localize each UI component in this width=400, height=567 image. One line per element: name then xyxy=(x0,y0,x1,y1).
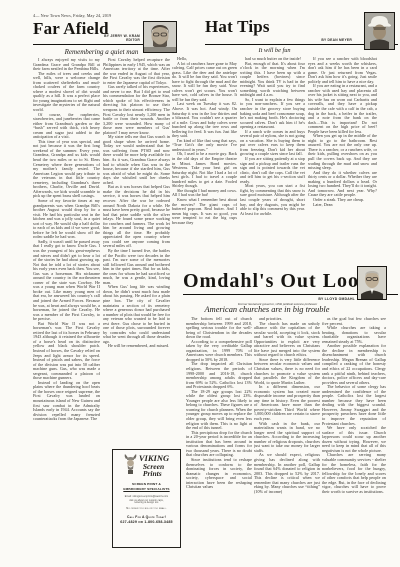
paragraph: He will be remembered, and missed. xyxy=(103,344,170,349)
hat-tips-column-1: Hello,A lot of ranchers have gone to May… xyxy=(172,57,237,279)
paragraph: When Gus' long life was winding down, he… xyxy=(103,285,170,344)
paragraph: When you get up in the middle of the nig… xyxy=(308,134,377,170)
paragraph: The bottom fell out of church membership… xyxy=(186,317,252,340)
paragraph: Sadly, it wasn't until he passed away th… xyxy=(33,240,100,322)
paragraph: The drop impacted all Christian religion… xyxy=(186,362,252,389)
paragraph: The miles of trees and creeks and well, … xyxy=(33,72,100,113)
hat-tips-column-2: had so much butter on the inside!But, en… xyxy=(240,57,305,279)
paragraph: Instead of landing on the open plains wh… xyxy=(33,381,100,422)
paragraph: Some of my favorite times at my grandpar… xyxy=(33,199,100,240)
hat-tips-subtitle: It will be fun xyxy=(172,47,377,54)
paragraph: Know what I remember best about the movi… xyxy=(172,198,237,225)
paragraph: Later, Dean xyxy=(308,203,377,208)
ad-motto: No order too big or too small. xyxy=(113,507,180,510)
viking-mascot-icon xyxy=(124,454,137,479)
meyer-portrait-photo xyxy=(364,12,395,50)
paragraph: But World War II was not a horseman's wa… xyxy=(33,322,100,381)
paragraph: But as it was horses that helped Gus mak… xyxy=(103,185,170,249)
hat-tips-byline: BY DEAN MEYER xyxy=(280,38,352,42)
paragraph: If you see a rancher with bloodshot eyes… xyxy=(308,57,377,84)
paragraph: I'm kind of like that song that says, “T… xyxy=(172,139,237,153)
paragraph: Since there is very little difference be… xyxy=(254,358,320,385)
far-afield-byline: BY JERRY W. KRAM EDITOR xyxy=(60,34,140,43)
ad-fine-print-1: Email: vikingscreenprints@westriv.com xyxy=(113,496,180,498)
paragraph: The 18-29 age groups lost 22% while the … xyxy=(186,390,252,431)
paragraph: With cash in the bank, our materialism w… xyxy=(254,422,320,454)
page-number-dateline: 4— New Town News, Friday, May 24, 2019 xyxy=(33,13,111,18)
paragraph: This time of year was special, and not j… xyxy=(33,140,100,199)
paragraph: If a ranch wife comes in and buys severa… xyxy=(240,130,305,157)
paragraph: I always enjoyed my visits to my Grandma… xyxy=(33,58,100,72)
ad-fine-print-3: lettering & design too xyxy=(113,502,180,504)
paragraph: Another possible explanation for the dec… xyxy=(322,344,386,385)
paragraph: Gus rarely talked of his experiences, an… xyxy=(103,85,170,135)
paragraph: First Cavalry helped recapture the Phili… xyxy=(103,58,170,85)
paragraph: Churches are serving many valuable commu… xyxy=(322,453,386,494)
paragraph: But, enough of that. It's about four o'c… xyxy=(240,62,305,98)
ad-service-line-1: SCREEN PRINT & xyxy=(113,482,180,486)
ad-service-line-2: EMBROIDERY SPECIALISTS xyxy=(113,487,180,491)
paragraph: We have only scratched the surface of th… xyxy=(322,426,386,453)
hat-tips-title: Hat Tips xyxy=(205,17,270,37)
paragraph: This precipitous drop for the church in … xyxy=(186,431,252,458)
far-afield-subtitle: Remembering a quiet man xyxy=(33,48,170,56)
omdahl-portrait-photo xyxy=(357,266,387,300)
paragraph: The church has made an unholy alliance w… xyxy=(254,322,320,358)
omdahl-column-3: as the goal but few churches see five pe… xyxy=(322,317,386,562)
paragraph: The behavior of some clergy has undermin… xyxy=(322,385,386,426)
newspaper-page: { "page_header": "4— New Town News, Frid… xyxy=(0,0,400,567)
paragraph: My sister tells me that Gus wasn't in go… xyxy=(103,135,170,185)
paragraph: And they do it whether calves are thirty… xyxy=(308,171,377,198)
ad-phone-numbers: 627-4829 or 1-800-658-3485 xyxy=(113,520,180,524)
paragraph: While churches are taking a beating, don… xyxy=(322,326,386,344)
paragraph: Last week on Tuesday it was 82. Above. I… xyxy=(172,102,237,138)
paragraph: Since institutions tend to reshape thems… xyxy=(186,458,252,490)
paragraph: Oh, I used to be a movie guy. Back in th… xyxy=(172,152,237,188)
paragraph: Most years, you can start a fist fight, … xyxy=(240,184,305,216)
ad-call-to-action: Call For A Quote Today! xyxy=(113,515,180,519)
far-afield-column-2: First Cavalry helped recapture the Phili… xyxy=(103,58,170,446)
omdahl-column-1: The bottom fell out of church membership… xyxy=(186,317,252,562)
paragraph: If you are eating in a restaurant, and a… xyxy=(308,84,377,134)
ad-brand-line-3: Prints xyxy=(139,470,169,478)
paragraph: In a different dimension, our economic s… xyxy=(254,385,320,421)
omdahl-title: Omdahl's Out Look xyxy=(183,270,371,293)
omdahl-subtitle: American churches are in big trouble xyxy=(178,305,356,314)
paragraph: A lot of ranchers have gone to May calvi… xyxy=(172,62,237,103)
omdahl-byline: BY LLOYD OMDAHL xyxy=(230,297,355,302)
hat-tips-column-3: If you see a rancher with bloodshot eyes… xyxy=(308,57,377,279)
paragraph: So, I want to explain a few things to yo… xyxy=(240,98,305,130)
far-afield-byline-role: EDITOR xyxy=(60,38,140,42)
paragraph: By the time I turned five, the battles o… xyxy=(103,249,170,285)
paragraph: As we should expect, religious giving ha… xyxy=(254,453,320,494)
paragraph: If you are sitting patiently at a stop s… xyxy=(240,157,305,184)
paragraph: According to a comprehensive poll taken … xyxy=(186,340,252,363)
viking-screen-prints-ad: VIKING Screen Prints SCREEN PRINT & EMBR… xyxy=(112,449,181,548)
omdahl-column-2: and priorities.The church has made an un… xyxy=(254,317,320,562)
far-afield-column-1: I always enjoyed my visits to my Grandma… xyxy=(33,58,100,546)
paragraph: Of course, the raspberries, strawberries… xyxy=(33,113,100,140)
